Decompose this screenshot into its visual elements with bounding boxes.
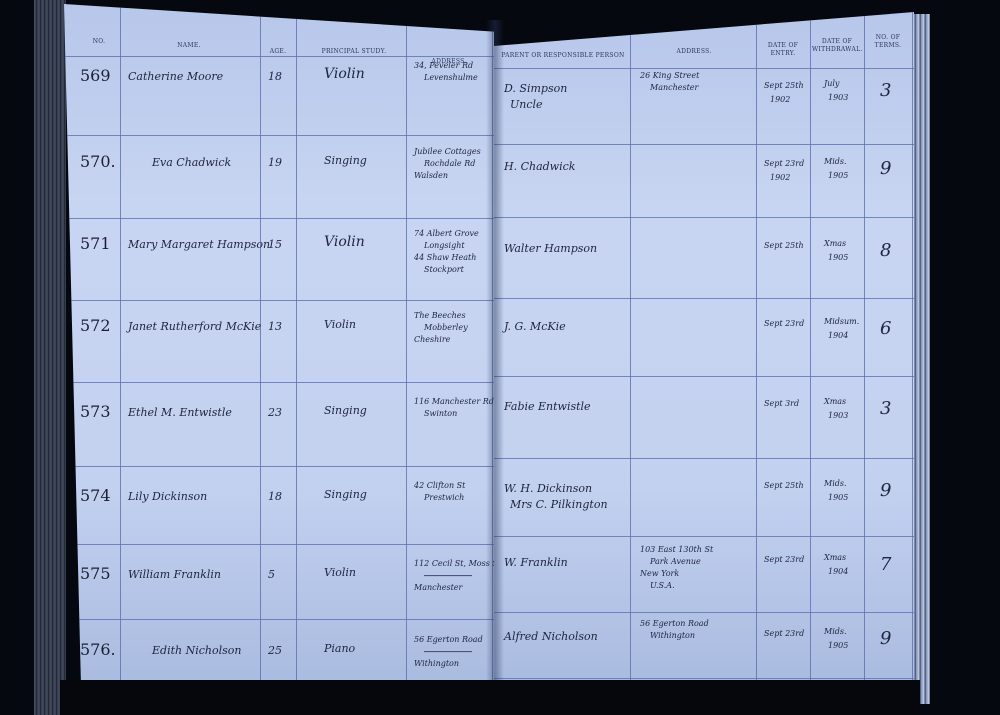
parent-address-line: Park Avenue [650, 556, 701, 567]
parent-name: J. G. McKie [504, 320, 566, 333]
student-address-line: Jubilee Cottages [414, 146, 481, 157]
date-of-entry: Sept 25th [764, 240, 804, 251]
date-of-entry: 1902 [770, 172, 790, 183]
number-of-terms: 9 [880, 628, 891, 649]
student-address-line: 74 Albert Grove [414, 228, 479, 239]
number-of-terms: 7 [880, 554, 891, 575]
parent-address-line: 56 Egerton Road [640, 618, 709, 629]
student-address-line: Prestwich [424, 492, 464, 503]
date-of-entry: Sept 23rd [764, 628, 804, 639]
entry-number: 571 [80, 234, 111, 253]
parent-name: Uncle [510, 98, 543, 111]
header-no: No. [84, 38, 114, 46]
principal-study: Singing [324, 488, 367, 501]
number-of-terms: 3 [880, 80, 891, 101]
date-of-entry: Sept 25th [764, 80, 804, 91]
student-address-line: 116 Manchester Rd [414, 396, 494, 407]
number-of-terms: 3 [880, 398, 891, 419]
student-address-line: 44 Shaw Heath [414, 252, 476, 263]
entry-number: 573 [80, 402, 111, 421]
parent-address-line: Withington [650, 630, 695, 641]
parent-name: Fabie Entwistle [504, 400, 591, 413]
date-of-withdrawal: Mids. [824, 626, 847, 637]
date-of-withdrawal: Mids. [824, 478, 847, 489]
principal-study: Violin [324, 68, 365, 81]
date-of-withdrawal: Mids. [824, 156, 847, 167]
date-of-entry: Sept 23rd [764, 158, 804, 169]
register-left-page: No. Name. Age. Principal Study. Address.… [64, 4, 494, 694]
book-page-edges-left [34, 0, 66, 715]
student-name: Eva Chadwick [152, 156, 231, 169]
date-of-withdrawal: Xmas [824, 238, 846, 249]
student-address-line: 42 Clifton St [414, 480, 465, 491]
student-name: Janet Rutherford McKie [128, 320, 261, 333]
date-of-withdrawal: Xmas [824, 396, 846, 407]
header-age: Age. [262, 48, 294, 56]
student-name: Edith Nicholson [152, 644, 241, 657]
date-of-entry: 1902 [770, 94, 790, 105]
parent-name: Alfred Nicholson [504, 630, 598, 643]
date-of-entry: Sept 23rd [764, 554, 804, 565]
student-address-line: —————— [424, 646, 472, 657]
date-of-withdrawal: 1905 [828, 492, 848, 503]
parent-name: Mrs C. Pilkington [510, 498, 608, 511]
student-age: 18 [268, 490, 282, 503]
date-of-entry: Sept 23rd [764, 318, 804, 329]
student-address-line: The Beeches [414, 310, 466, 321]
date-of-entry: Sept 3rd [764, 398, 799, 409]
principal-study: Singing [324, 154, 367, 167]
student-age: 18 [268, 70, 282, 83]
number-of-terms: 6 [880, 318, 891, 339]
entry-number: 572 [80, 316, 111, 335]
student-address-line: Rochdale Rd [424, 158, 475, 169]
header-principal-study: Principal Study. [304, 48, 404, 56]
register-right-page: Parent or Responsible Person Address. Da… [494, 12, 914, 692]
number-of-terms: 9 [880, 480, 891, 501]
entry-number: 576. [80, 640, 116, 659]
student-age: 25 [268, 644, 282, 657]
principal-study: Violin [324, 318, 356, 331]
date-of-withdrawal: Xmas [824, 552, 846, 563]
student-address-line: 56 Egerton Road [414, 634, 483, 645]
entry-number: 575 [80, 564, 111, 583]
student-name: Mary Margaret Hampson [128, 238, 270, 251]
date-of-withdrawal: 1903 [828, 92, 848, 103]
student-address-line: Walsden [414, 170, 448, 181]
header-name: Name. [154, 42, 224, 50]
parent-address-line: Manchester [650, 82, 698, 93]
book-page-edges-right [912, 14, 930, 704]
parent-name: W. H. Dickinson [504, 482, 592, 495]
date-of-withdrawal: 1905 [828, 640, 848, 651]
student-address-line: 34, Peveler Rd [414, 60, 473, 71]
header-parent: Parent or Responsible Person [498, 52, 628, 60]
principal-study: Singing [324, 404, 367, 417]
parent-address-line: 26 King Street [640, 70, 699, 81]
date-of-entry: Sept 25th [764, 480, 804, 491]
student-age: 19 [268, 156, 282, 169]
student-name: William Franklin [128, 568, 221, 581]
book-bottom-shadow [60, 680, 920, 715]
parent-address-line: U.S.A. [650, 580, 675, 591]
principal-study: Violin [324, 566, 356, 579]
student-age: 15 [268, 238, 282, 251]
student-address-line: Withington [414, 658, 459, 669]
student-address-line: Manchester [414, 582, 462, 593]
date-of-withdrawal: July [824, 78, 839, 89]
student-address-line: Cheshire [414, 334, 450, 345]
date-of-withdrawal: 1905 [828, 170, 848, 181]
entry-number: 574 [80, 486, 111, 505]
student-age: 5 [268, 568, 275, 581]
student-address-line: Swinton [424, 408, 457, 419]
header-date-of-withdrawal: Date of Withdrawal. [812, 38, 862, 54]
parent-name: D. Simpson [504, 82, 567, 95]
header-date-of-entry: Date of Entry. [760, 42, 806, 58]
principal-study: Piano [324, 642, 355, 655]
student-name: Lily Dickinson [128, 490, 207, 503]
student-address-line: —————— [424, 570, 472, 581]
student-address-line: Mobberley [424, 322, 468, 333]
parent-name: H. Chadwick [504, 160, 575, 173]
student-name: Catherine Moore [128, 70, 223, 83]
parent-name: W. Franklin [504, 556, 568, 569]
student-address-line: Levenshulme [424, 72, 478, 83]
entry-number: 569 [80, 66, 111, 85]
date-of-withdrawal: Midsum. [824, 316, 859, 327]
date-of-withdrawal: 1905 [828, 252, 848, 263]
student-age: 23 [268, 406, 282, 419]
number-of-terms: 8 [880, 240, 891, 261]
student-name: Ethel M. Entwistle [128, 406, 232, 419]
student-address-line: Stockport [424, 264, 464, 275]
header-no-of-terms: No. of Terms. [866, 34, 910, 50]
header-parent-address: Address. [654, 48, 734, 56]
number-of-terms: 9 [880, 158, 891, 179]
date-of-withdrawal: 1904 [828, 330, 848, 341]
parent-address-line: New York [640, 568, 679, 579]
student-address-line: 112 Cecil St, Moss Side [414, 558, 494, 569]
parent-address-line: 103 East 130th St [640, 544, 713, 555]
student-address-line: Longsight [424, 240, 465, 251]
entry-number: 570. [80, 152, 116, 171]
parent-name: Walter Hampson [504, 242, 597, 255]
date-of-withdrawal: 1904 [828, 566, 848, 577]
principal-study: Violin [324, 236, 365, 249]
student-age: 13 [268, 320, 282, 333]
date-of-withdrawal: 1903 [828, 410, 848, 421]
